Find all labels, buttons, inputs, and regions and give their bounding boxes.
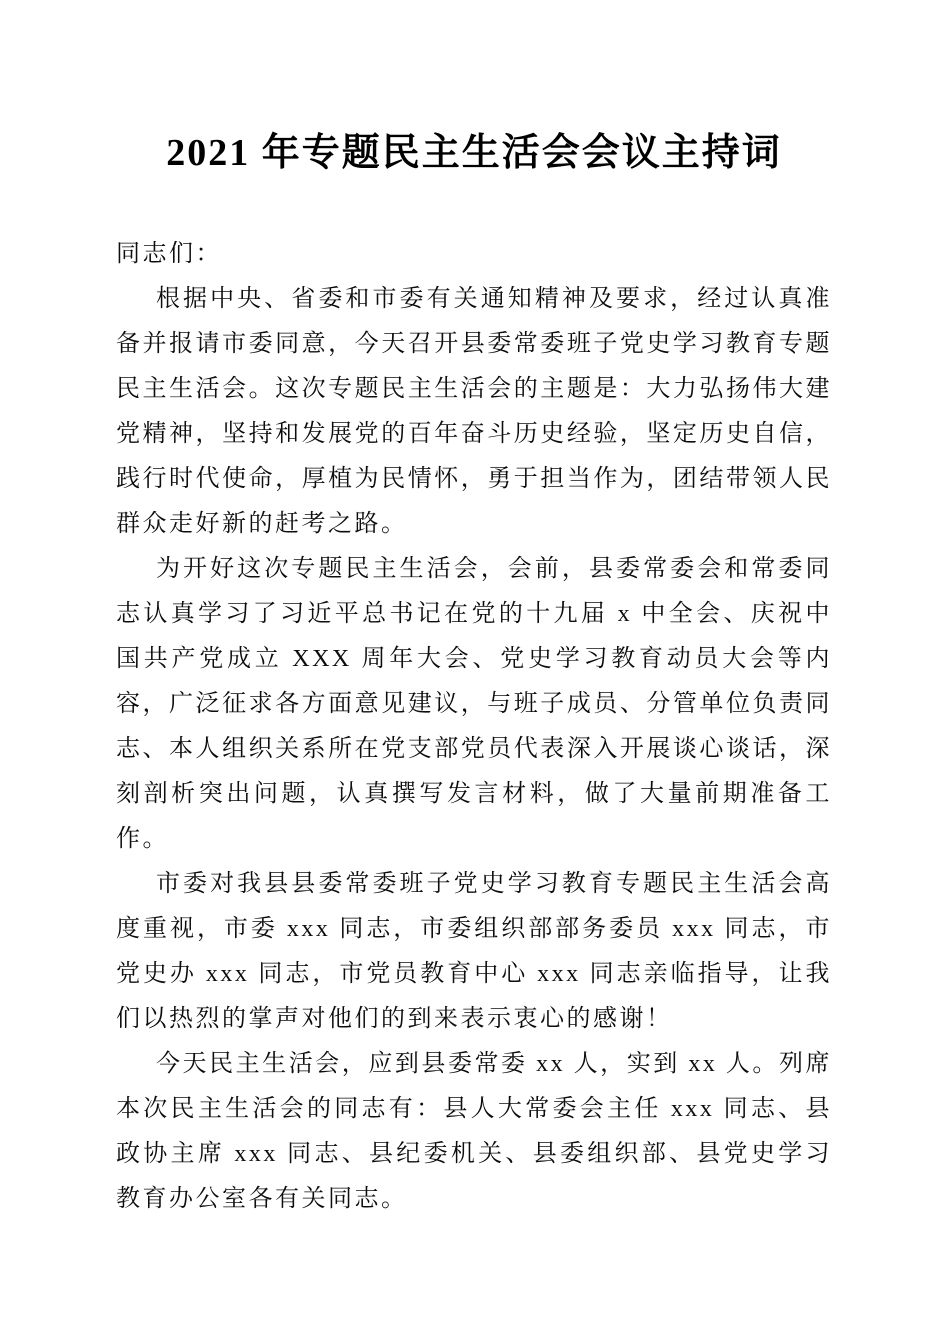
salutation: 同志们： (116, 232, 832, 277)
document-page: 2021 年专题民主生活会会议主持词 同志们： 根据中央、省委和市委有关通知精神… (0, 0, 950, 1344)
page-title: 2021 年专题民主生活会会议主持词 (116, 125, 832, 182)
paragraph-3: 市委对我县县委常委班子党史学习教育专题民主生活会高度重视，市委 xxx 同志，市… (116, 862, 832, 1042)
paragraph-2: 为开好这次专题民主生活会，会前，县委常委会和常委同志认真学习了习近平总书记在党的… (116, 547, 832, 862)
paragraph-4: 今天民主生活会，应到县委常委 xx 人，实到 xx 人。列席本次民主生活会的同志… (116, 1042, 832, 1222)
paragraph-1: 根据中央、省委和市委有关通知精神及要求，经过认真准备并报请市委同意，今天召开县委… (116, 277, 832, 547)
document-body: 同志们： 根据中央、省委和市委有关通知精神及要求，经过认真准备并报请市委同意，今… (116, 232, 832, 1222)
